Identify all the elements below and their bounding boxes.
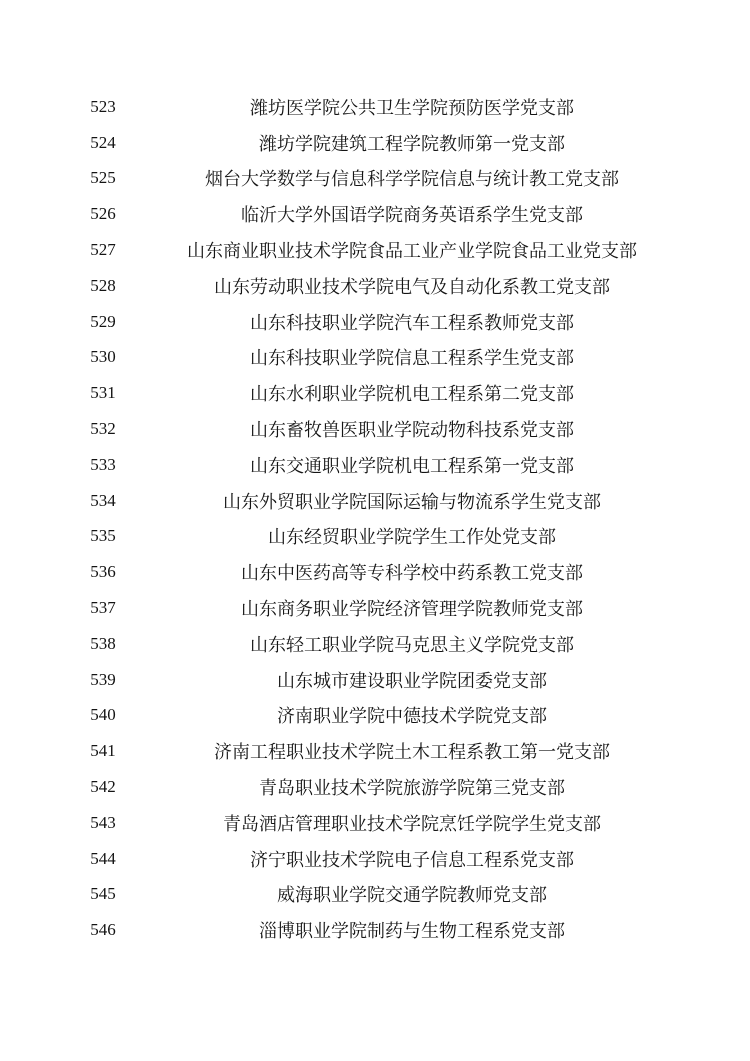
list-item: 544 济宁职业技术学院电子信息工程系党支部: [0, 841, 750, 877]
branch-name: 山东科技职业学院信息工程系学生党支部: [148, 344, 676, 370]
row-number: 523: [58, 97, 148, 117]
list-item: 535 山东经贸职业学院学生工作处党支部: [0, 519, 750, 555]
branch-name: 青岛酒店管理职业技术学院烹饪学院学生党支部: [148, 810, 676, 836]
branch-name: 山东轻工职业学院马克思主义学院党支部: [148, 631, 676, 657]
branch-name: 山东商业职业技术学院食品工业产业学院食品工业党支部: [148, 237, 676, 263]
row-number: 534: [58, 491, 148, 511]
row-number: 531: [58, 383, 148, 403]
branch-name: 济南工程职业技术学院土木工程系教工第一党支部: [148, 738, 676, 764]
list-item: 530 山东科技职业学院信息工程系学生党支部: [0, 340, 750, 376]
row-number: 530: [58, 347, 148, 367]
branch-name: 威海职业学院交通学院教师党支部: [148, 881, 676, 907]
row-number: 533: [58, 455, 148, 475]
branch-name: 山东交通职业学院机电工程系第一党支部: [148, 452, 676, 478]
row-number: 527: [58, 240, 148, 260]
list-item: 531 山东水利职业学院机电工程系第二党支部: [0, 375, 750, 411]
branch-name: 山东劳动职业技术学院电气及自动化系教工党支部: [148, 273, 676, 299]
branch-name: 山东畜牧兽医职业学院动物科技系党支部: [148, 416, 676, 442]
branch-name: 烟台大学数学与信息科学学院信息与统计教工党支部: [148, 165, 676, 191]
branch-list: 523 潍坊医学院公共卫生学院预防医学党支部 524 潍坊学院建筑工程学院教师第…: [0, 89, 750, 948]
branch-name: 山东城市建设职业学院团委党支部: [148, 667, 676, 693]
list-item: 545 威海职业学院交通学院教师党支部: [0, 877, 750, 913]
list-item: 543 青岛酒店管理职业技术学院烹饪学院学生党支部: [0, 805, 750, 841]
list-item: 538 山东轻工职业学院马克思主义学院党支部: [0, 626, 750, 662]
list-item: 546 淄博职业学院制药与生物工程系党支部: [0, 912, 750, 948]
list-item: 537 山东商务职业学院经济管理学院教师党支部: [0, 590, 750, 626]
row-number: 541: [58, 741, 148, 761]
row-number: 543: [58, 813, 148, 833]
list-item: 541 济南工程职业技术学院土木工程系教工第一党支部: [0, 733, 750, 769]
row-number: 535: [58, 526, 148, 546]
row-number: 526: [58, 204, 148, 224]
list-item: 523 潍坊医学院公共卫生学院预防医学党支部: [0, 89, 750, 125]
row-number: 540: [58, 705, 148, 725]
branch-name: 山东外贸职业学院国际运输与物流系学生党支部: [148, 488, 676, 514]
list-item: 525 烟台大学数学与信息科学学院信息与统计教工党支部: [0, 161, 750, 197]
branch-name: 山东商务职业学院经济管理学院教师党支部: [148, 595, 676, 621]
list-item: 524 潍坊学院建筑工程学院教师第一党支部: [0, 125, 750, 161]
branch-name: 潍坊学院建筑工程学院教师第一党支部: [148, 130, 676, 156]
list-item: 533 山东交通职业学院机电工程系第一党支部: [0, 447, 750, 483]
row-number: 544: [58, 849, 148, 869]
branch-name: 淄博职业学院制药与生物工程系党支部: [148, 917, 676, 943]
list-item: 534 山东外贸职业学院国际运输与物流系学生党支部: [0, 483, 750, 519]
branch-name: 济宁职业技术学院电子信息工程系党支部: [148, 846, 676, 872]
list-item: 529 山东科技职业学院汽车工程系教师党支部: [0, 304, 750, 340]
branch-name: 临沂大学外国语学院商务英语系学生党支部: [148, 201, 676, 227]
document-page: 523 潍坊医学院公共卫生学院预防医学党支部 524 潍坊学院建筑工程学院教师第…: [0, 0, 750, 1061]
row-number: 538: [58, 634, 148, 654]
row-number: 524: [58, 133, 148, 153]
list-item: 527 山东商业职业技术学院食品工业产业学院食品工业党支部: [0, 232, 750, 268]
row-number: 532: [58, 419, 148, 439]
row-number: 536: [58, 562, 148, 582]
list-item: 526 临沂大学外国语学院商务英语系学生党支部: [0, 196, 750, 232]
list-item: 542 青岛职业技术学院旅游学院第三党支部: [0, 769, 750, 805]
row-number: 528: [58, 276, 148, 296]
list-item: 536 山东中医药高等专科学校中药系教工党支部: [0, 554, 750, 590]
branch-name: 山东水利职业学院机电工程系第二党支部: [148, 380, 676, 406]
branch-name: 青岛职业技术学院旅游学院第三党支部: [148, 774, 676, 800]
row-number: 529: [58, 312, 148, 332]
row-number: 525: [58, 168, 148, 188]
row-number: 545: [58, 884, 148, 904]
branch-name: 济南职业学院中德技术学院党支部: [148, 702, 676, 728]
branch-name: 潍坊医学院公共卫生学院预防医学党支部: [148, 94, 676, 120]
row-number: 546: [58, 920, 148, 940]
row-number: 537: [58, 598, 148, 618]
list-item: 540 济南职业学院中德技术学院党支部: [0, 698, 750, 734]
list-item: 539 山东城市建设职业学院团委党支部: [0, 662, 750, 698]
branch-name: 山东经贸职业学院学生工作处党支部: [148, 523, 676, 549]
row-number: 542: [58, 777, 148, 797]
list-item: 528 山东劳动职业技术学院电气及自动化系教工党支部: [0, 268, 750, 304]
row-number: 539: [58, 670, 148, 690]
branch-name: 山东中医药高等专科学校中药系教工党支部: [148, 559, 676, 585]
list-item: 532 山东畜牧兽医职业学院动物科技系党支部: [0, 411, 750, 447]
branch-name: 山东科技职业学院汽车工程系教师党支部: [148, 309, 676, 335]
